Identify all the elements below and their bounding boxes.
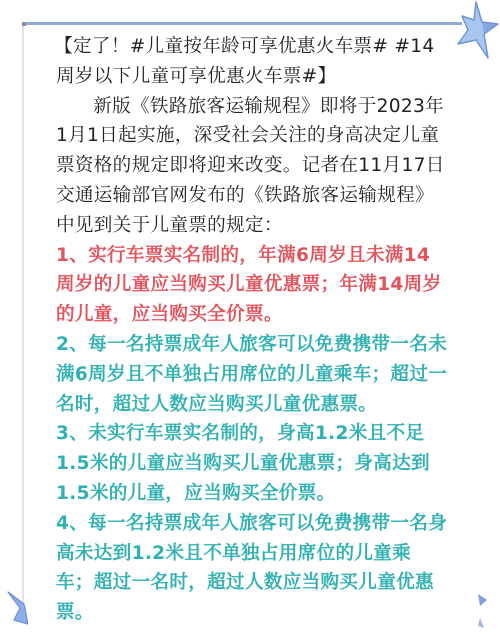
frame-top-border	[22, 22, 462, 25]
frame-left-border	[22, 22, 24, 612]
rule-item-3: 3、未实行车票实名制的，身高1.2米且不足1.5米的儿童应当购买儿童优惠票；身高…	[56, 419, 448, 508]
star-icon	[478, 592, 488, 630]
article-headline: 【定了！#儿童按年龄可享优惠火车票# #14周岁以下儿童可享优惠火车票#】	[56, 32, 448, 92]
star-icon	[6, 590, 28, 626]
article-body: 【定了！#儿童按年龄可享优惠火车票# #14周岁以下儿童可享优惠火车票#】 新版…	[56, 32, 448, 628]
frame-corner	[22, 22, 26, 26]
rule-item-4: 4、每一名持票成年人旅客可以免费携带一名身高未达到1.2米且不单独占用席位的儿童…	[56, 509, 448, 628]
rule-item-1: 1、实行车票实名制的，年满6周岁且未满14周岁的儿童应当购买儿童优惠票；年满14…	[56, 241, 448, 330]
rule-item-2: 2、每一名持票成年人旅客可以免费携带一名未满6周岁且不单独占用席位的儿童乘车；超…	[56, 330, 448, 419]
article-intro: 新版《铁路旅客运输规程》即将于2023年1月1日起实施，深受社会关注的身高决定儿…	[56, 92, 448, 241]
